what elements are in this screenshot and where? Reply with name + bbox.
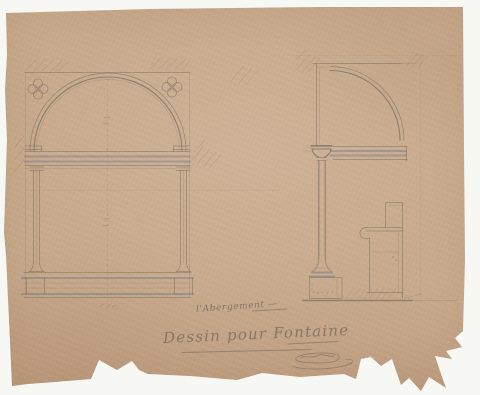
quatrefoil-ornament-right — [162, 77, 182, 97]
paper-sheet: l'Abergement — Dessin pour Fontaine — [0, 0, 480, 395]
hatching — [14, 57, 258, 172]
construction-guides — [25, 55, 462, 300]
column-plinth — [310, 278, 343, 299]
scanned-drawing-sheet: l'Abergement — Dessin pour Fontaine — [0, 0, 480, 395]
pilaster-left — [29, 167, 44, 272]
inscription-underlines — [182, 309, 338, 353]
arch-section — [330, 67, 404, 141]
section-view — [296, 50, 458, 301]
basin-profile — [360, 203, 403, 299]
pilaster-right — [176, 167, 191, 272]
column — [309, 146, 335, 277]
dimension-marks — [100, 117, 117, 308]
hatching — [296, 50, 428, 72]
quatrefoil-ornament-left — [28, 79, 48, 99]
signature-flourish — [293, 353, 353, 369]
entablature-section — [303, 146, 407, 161]
elevation-view — [14, 57, 258, 308]
ground-hatching — [346, 288, 396, 299]
architectural-drawing — [0, 0, 480, 395]
